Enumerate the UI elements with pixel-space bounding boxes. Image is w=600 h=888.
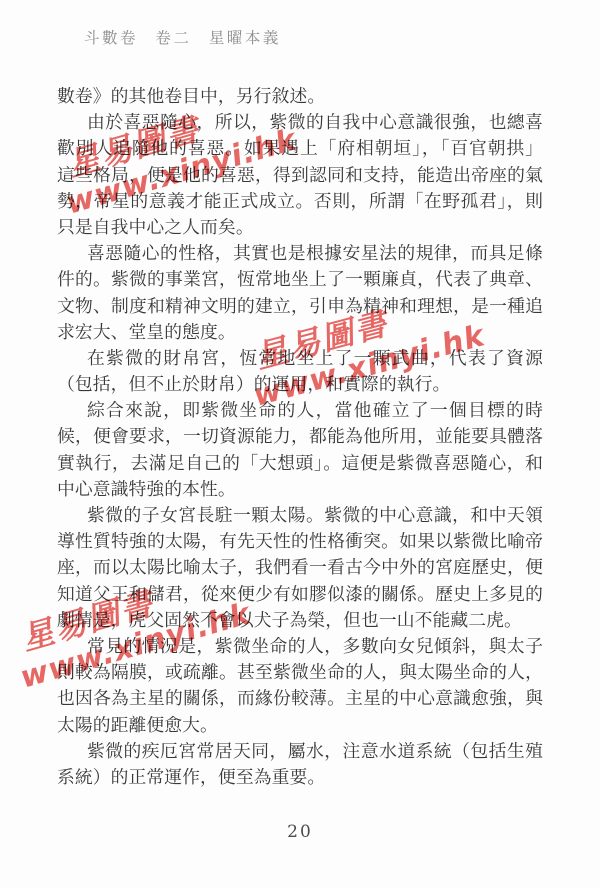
- text-line: 常見的情況是，紫微坐命的人，多數向女兒傾斜，與太子: [57, 634, 543, 660]
- text-line: 也因各為主星的關係，而緣份較薄。主星的中心意識愈強，與: [57, 686, 543, 712]
- text-line: 知道父王和儲君，從來便少有如膠似漆的關係。歷史上多見的: [57, 582, 543, 608]
- text-line: 綜合來說，即紫微坐命的人，當他確立了一個目標的時: [57, 398, 543, 424]
- text-line: 歡別人追隨他的喜惡。如果遇上「府相朝垣」，「百官朝拱」: [57, 136, 543, 162]
- page-number: 20: [0, 822, 600, 842]
- text-line: 座，而以太陽比喻太子，我們看一看古今中外的宮庭歷史，便: [57, 555, 543, 581]
- text-line: 文物、制度和精神文明的建立，引申為精神和理想，是一種追: [57, 294, 543, 320]
- text-line: 太陽的距離便愈大。: [57, 713, 543, 739]
- text-line: 系統）的正常運作，便至為重要。: [57, 765, 543, 791]
- text-line: 紫微的疾厄宮常居天同，屬水，注意水道系統（包括生殖: [57, 739, 543, 765]
- text-line: 由於喜惡隨心，所以，紫微的自我中心意識很強，也總喜: [57, 110, 543, 136]
- text-line: 導性質特強的太陽，有先天性的性格衝突。如果以紫微比喻帝: [57, 529, 543, 555]
- text-line: 求宏大、堂皇的態度。: [57, 320, 543, 346]
- text-line: 劇情是，虎父固然不會以犬子為榮，但也一山不能藏二虎。: [57, 608, 543, 634]
- text-line: 這些格局，便是他的喜惡，得到認同和支持，能造出帝座的氣: [57, 163, 543, 189]
- text-line: 件的。紫微的事業宮，恆常地坐上了一顆廉貞，代表了典章、: [57, 267, 543, 293]
- text-line: 勢，帝星的意義才能正式成立。否則，所謂「在野孤君」，則: [57, 189, 543, 215]
- text-line: 在紫微的財帛宮，恆常地坐上了一顆武曲，代表了資源: [57, 346, 543, 372]
- text-line: 紫微的子女宮長駐一顆太陽。紫微的中心意識，和中天領: [57, 503, 543, 529]
- text-line: 則較為隔膜，或疏離。甚至紫微坐命的人，與太陽坐命的人，: [57, 660, 543, 686]
- text-line: 喜惡隨心的性格，其實也是根據安星法的規律，而具足條: [57, 241, 543, 267]
- book-page: 斗數卷 卷二 星曜本義 數卷》的其他卷目中，另行敘述。由於喜惡隨心，所以，紫微的…: [0, 0, 600, 888]
- text-line: 中心意識特強的本性。: [57, 477, 543, 503]
- running-header: 斗數卷 卷二 星曜本義: [84, 26, 281, 48]
- text-line: 數卷》的其他卷目中，另行敘述。: [57, 84, 543, 110]
- text-line: 實執行，去滿足自己的「大想頭」。這便是紫微喜惡隨心，和: [57, 451, 543, 477]
- body-text: 數卷》的其他卷目中，另行敘述。由於喜惡隨心，所以，紫微的自我中心意識很強，也總喜…: [57, 84, 543, 791]
- text-line: 只是自我中心之人而矣。: [57, 215, 543, 241]
- text-line: 候，便會要求，一切資源能力，都能為他所用，並能要具體落: [57, 424, 543, 450]
- text-line: （包括，但不止於財帛）的運用，和實際的執行。: [57, 372, 543, 398]
